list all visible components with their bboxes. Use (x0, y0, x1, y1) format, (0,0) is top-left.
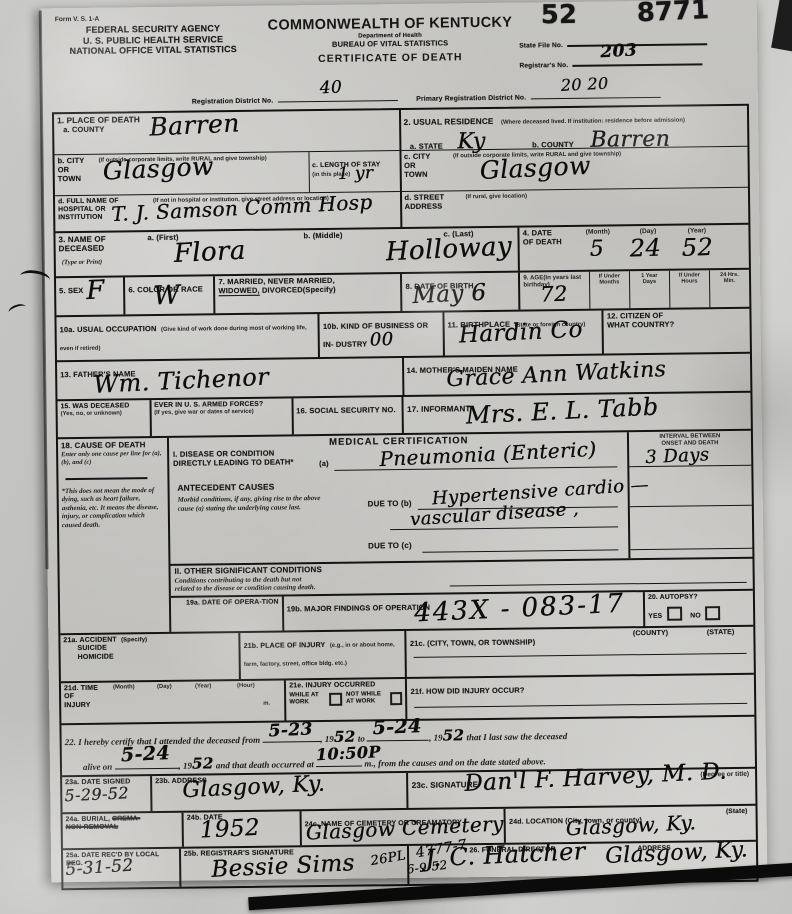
header-file-block: 52 8771 State File No. Registrar's No. 2… (519, 0, 751, 3)
bureau-title: BUREAU OF VITAL STATISTICS (259, 39, 521, 51)
certificate-grid: 1. PLACE OF DEATH a. COUNTY Barren b. CI… (52, 104, 758, 890)
autopsy-yes-label: YES (648, 613, 662, 620)
reg-district-blank: 40 (278, 92, 398, 102)
birth-date-cell: 8. DATE OF BIRTH May 6 (402, 273, 520, 311)
injury-occurred-label: 21e. INJURY OCCURRED (289, 681, 402, 691)
burial-location-state-label: (State) (726, 808, 748, 816)
age-col-hours: If Under Hours (669, 270, 709, 307)
certify-from-value: 5-23 (268, 719, 313, 741)
certify-to-value: 5-24 (372, 715, 422, 739)
county-value: Barren (148, 108, 240, 141)
length-of-stay-cell: c. LENGTH OF STAY (in this place) 1 yr (308, 151, 399, 192)
mother-value: Grace Ann Watkins (445, 357, 666, 392)
while-at-work-label: WHILE AT WORK (289, 692, 325, 707)
autopsy-no-label: NO (690, 612, 701, 619)
registrar-no-label: Registrar's No. (519, 62, 568, 70)
burial-cell: 24a. BURIAL, CREMA- NON-REMOVAL (63, 813, 185, 848)
time-of-injury-cell: 21d. TIME OF INJURY (Month) (Day) (Year)… (61, 680, 287, 723)
primary-district-blank: 20 20 (531, 89, 661, 100)
usual-residence-cell: 2. USUAL RESIDENCE (Where deceased lived… (400, 106, 748, 227)
date-recd-value: 5-31-52 (65, 856, 135, 880)
place-of-injury-cell: 21b. PLACE OF INJURY (e.g., in or about … (241, 631, 408, 679)
cemetery-value: Glasgow Cemetery (305, 811, 504, 844)
time-of-injury-label: 21d. TIME OF INJURY (64, 685, 100, 710)
dod-month-label: (Month) (586, 228, 610, 236)
name-title-note: (Type or Print) (62, 259, 103, 268)
commonwealth-title: COMMONWEALTH OF KENTUCKY (259, 15, 521, 34)
accident-title: 21a. ACCIDENT (63, 637, 117, 645)
birthplace-cell: 11. BIRTHPLACE (State or foreign country… (444, 311, 604, 356)
autopsy-no-checkbox (705, 606, 720, 620)
ssn-cell: 16. SOCIAL SECURITY NO. (293, 397, 404, 434)
burial-removal-struck: NON-REMOVAL (66, 823, 179, 832)
header-title-block: COMMONWEALTH OF KENTUCKY Department of H… (259, 15, 522, 66)
age-col-hours-bottom: Hours (670, 279, 709, 286)
residence-title: 2. USUAL RESIDENCE (404, 117, 494, 127)
burial-crema-struck: CREMA- (112, 815, 140, 822)
injury-county-label: (COUNTY) (633, 630, 669, 639)
ink-scribble-squiggle (7, 302, 27, 317)
ssn-label: 16. SOCIAL SECURITY NO. (296, 405, 396, 415)
signed-address-cell: 23b. ADDRESS Glasgow, Ky. (152, 773, 409, 811)
father-value: Wm. Tichenor (93, 363, 270, 399)
city-value: Glasgow (102, 151, 214, 185)
injury-city-line (414, 653, 747, 658)
date-of-death-title: 4. DATE OF DEATH (523, 229, 565, 247)
was-deceased-note: (Yes, no, or unknown) (61, 410, 147, 418)
state-file-blank (567, 34, 707, 47)
other-conditions-note2: related to the disease or condition caus… (175, 583, 316, 593)
sex-label: 5. SEX (59, 286, 83, 295)
certificate-title: CERTIFICATE OF DEATH (259, 50, 521, 65)
city-label: b. CITY OR TOWN (58, 157, 92, 184)
institution-value: T. J. Samson Comm Hosp (111, 190, 373, 226)
age-cell: 9. AGE(In years last birthday) 72 If Und… (520, 270, 749, 310)
age-col-min: 24 Hrs. Min. (709, 270, 749, 307)
registrar-no-value: 203 (600, 40, 638, 62)
primary-district-label: Primary Registration District No. (416, 94, 526, 102)
operation-findings-label: 19b. MAJOR FINDINGS OF OPERATION (287, 603, 431, 614)
signed-address-value: Glasgow, Ky. (182, 772, 326, 804)
age-col-months-bottom: Months (590, 280, 629, 287)
injury-occurred-cell: 21e. INJURY OCCURRED WHILE AT WORK NOT W… (286, 679, 408, 720)
industry-cell: 10b. KIND OF BUSINESS OR IN- DUSTRY 00 (320, 312, 445, 357)
not-while-at-work-label: NOT WHILE AT WORK (346, 691, 386, 706)
primary-district-value: 20 20 (560, 74, 609, 95)
date-of-death-cell: 4. DATE OF DEATH (Month) (Day) (Year) 5 … (520, 225, 749, 271)
dod-year-value: 52 (682, 233, 714, 262)
signature-cell: 23c. SIGNATURE (Degree or title) Dan'l F… (409, 769, 756, 808)
was-deceased-cell: 15. WAS DECEASED (Yes, no, or unknown) (57, 400, 151, 437)
birthplace-value: Hardin Co (458, 317, 583, 349)
street-note: (If rural, give location) (465, 193, 527, 201)
registrar-no-blank: 203 (573, 54, 703, 67)
interval-line-b (630, 505, 752, 507)
how-injury-label: 21f. HOW DID INJURY OCCUR? (410, 686, 524, 696)
cause-title: 18. CAUSE OF DEATH (61, 440, 164, 450)
race-value: W (153, 280, 182, 311)
age-value: 72 (540, 282, 569, 307)
injury-city-label: 21c. (CITY, TOWN, OR TOWNSHIP) (410, 637, 535, 648)
injury-hour-label: (Hour) (237, 683, 255, 690)
sex-cell: 5. SEX F (56, 277, 126, 315)
accident-note: (Specify) (121, 637, 147, 643)
burial-location-cell: 24d. LOCATION (City, town, or county) (S… (506, 806, 756, 843)
cemetery-cell: 24c. NAME OF CEMETERY OR CREAMATORY Glas… (302, 809, 507, 845)
death-certificate-scan: Form V. S. 1-A FEDERAL SECURITY AGENCY U… (0, 0, 792, 914)
agency-line3: NATIONAL OFFICE VITAL STATISTICS (55, 44, 251, 57)
injury-year-label: (Year) (195, 683, 211, 690)
date-signed-cell: 23a. DATE SIGNED 5-29-52 (62, 776, 152, 812)
disease-label-2: DIRECTLY LEADING TO DEATH* (173, 458, 294, 468)
informant-cell: 17. INFORMANT Mrs. E. L. Tabb (404, 393, 751, 433)
interval-column: INTERVAL BETWEEN ONSET AND DEATH 3 Days (627, 431, 753, 559)
morbid-note: Morbid conditions, if any, giving rise t… (178, 494, 328, 513)
med-cert-area: MEDICAL CERTIFICATION I. DISEASE OR COND… (169, 431, 753, 564)
residence-city-value: Glasgow (479, 151, 591, 185)
interval-line-a (629, 465, 751, 467)
certify-last-saw: that I last saw the deceased (466, 731, 567, 742)
cause-divider (65, 477, 147, 480)
industry-value: 00 (370, 329, 394, 351)
cause-of-death-left-cell: 18. CAUSE OF DEATH Enter only one cause … (58, 438, 171, 633)
due-c-line (422, 549, 618, 552)
injury-m-label: m. (263, 701, 270, 708)
date-signed-value: 5-29-52 (64, 783, 129, 805)
footer-stamp-line1: 26PL (369, 848, 407, 869)
certify-tail: m., from the causes and on the date stat… (364, 756, 546, 768)
state-file-label: State File No. (519, 42, 563, 50)
place-of-death-cell: 1. PLACE OF DEATH a. COUNTY Barren b. CI… (54, 110, 402, 231)
interval-line-c (630, 548, 752, 550)
citizen-label: 12. CITIZEN OF WHAT COUNTRY? (607, 312, 687, 331)
marital-widowed: WIDOWED, (218, 286, 259, 296)
antecedent-title: ANTECEDENT CAUSES (177, 483, 274, 494)
autopsy-label: 20. AUTOPSY? (648, 593, 750, 602)
funeral-director-address-value: Glasgow, Ky. (605, 837, 749, 869)
burial-location-value: Glasgow, Ky. (566, 810, 697, 840)
other-conditions-line (450, 582, 747, 587)
armed-forces-note: (If yes, give war or dates of service) (154, 408, 288, 416)
marital-rest: DIVORCED(Specify) (260, 285, 336, 295)
photo-corner-shadow (771, 0, 792, 51)
cause-enter-note: Enter only one cause per line for (a), (… (61, 450, 164, 468)
ink-scribble-arc (19, 268, 51, 287)
operation-date-cell: 19a. DATE OF OPERA-TION (171, 596, 284, 633)
residence-city-label: c. CITY OR TOWN (404, 153, 440, 180)
occupation-cell: 10a. USUAL OCCUPATION (Give kind of work… (56, 314, 320, 360)
date-recd-cell: 25a. DATE REC'D BY LOCAL REG. 5-31-52 (63, 849, 181, 888)
certify-alive-on: alive on (83, 762, 112, 772)
street-label: d. STREET ADDRESS (404, 193, 452, 211)
autopsy-yes-checkbox (667, 606, 682, 620)
informant-value: Mrs. E. L. Tabb (466, 393, 660, 430)
armed-forces-cell: EVER IN U. S. ARMED FORCES? (If yes, giv… (151, 398, 293, 436)
burial-date-value: 1952 (199, 815, 260, 844)
birth-value: May 6 (412, 280, 487, 309)
first-name-value: Flora (173, 236, 246, 269)
city-cell: b. CITY OR TOWN (If outside corporate li… (54, 152, 308, 195)
certify-y2: 52 (442, 726, 464, 744)
certify-19c: , 19 (178, 761, 192, 771)
operation-date-label: 19a. DATE OF OPERA-TION (174, 599, 279, 608)
stamp-8771: 8771 (636, 0, 710, 28)
how-injury-line (415, 703, 748, 708)
medical-certification-cell: MEDICAL CERTIFICATION I. DISEASE OR COND… (169, 431, 753, 632)
certify-alive-blank: 5-24 (114, 759, 178, 770)
certify-time-blank: 10:50P (316, 757, 362, 768)
certify-19a: , 19 (320, 734, 334, 744)
injury-day-label: (Day) (157, 684, 172, 691)
due-to-c-label: DUE TO (c) (368, 541, 412, 551)
certify-alive-value: 5-24 (120, 742, 170, 766)
injury-state-label: (STATE) (707, 629, 735, 638)
certificate-sheet: Form V. S. 1-A FEDERAL SECURITY AGENCY U… (41, 0, 768, 882)
race-cell: 6. COLOR OR RACE W (125, 276, 216, 314)
form-number: Form V. S. 1-A (55, 14, 251, 23)
reg-district-value: 40 (319, 77, 342, 98)
age-col-min-bottom: Min. (710, 278, 749, 285)
reg-district-label: Registration District No. (192, 98, 274, 106)
citizen-cell: 12. CITIZEN OF WHAT COUNTRY? (604, 309, 750, 354)
middle-name-label: b. (Middle) (303, 232, 342, 241)
age-col-months: If Under Months (589, 271, 629, 308)
dod-day-value: 24 (630, 234, 662, 263)
certify-19b: , 19 (429, 733, 443, 743)
not-while-at-work-checkbox (390, 692, 403, 705)
burial-label: 24a. BURIAL, (66, 816, 111, 824)
burial-date-cell: 24b. DATE 1952 (184, 811, 302, 846)
due-to-b-label: DUE TO (b) (368, 499, 412, 509)
marital-cell: 7. MARRIED, NEVER MARRIED, WIDOWED, DIVO… (215, 274, 403, 313)
disease-a-label: (a) (319, 460, 329, 469)
age-col-days: 1 Year Days (629, 271, 669, 308)
homicide-title: HOMICIDE (78, 652, 236, 662)
certify-and-death: and that death occurred at (216, 759, 314, 770)
informant-label: 17. INFORMANT (407, 404, 470, 414)
operation-findings-value: 443X - 083-17 (413, 589, 625, 629)
last-name-value: Holloway (385, 231, 513, 267)
stay-value: 1 yr (337, 163, 373, 184)
registrar-signature-value: Bessie Sims (210, 850, 355, 883)
certify-time-value: 10:50P (316, 742, 382, 764)
stamp-52: 52 (541, 0, 578, 30)
cause-footnote: *This does not mean the mode of dying, s… (62, 487, 165, 531)
injury-month-label: (Month) (113, 684, 135, 691)
accident-cell: 21a. ACCIDENT (Specify) SUICIDE HOMICIDE (60, 633, 241, 681)
name-of-deceased-cell: 3. NAME OF DECEASED (Type or Print) a. (… (55, 228, 520, 277)
how-injury-cell: 21f. HOW DID INJURY OCCUR? (407, 675, 754, 719)
certify-y3: 52 (192, 754, 214, 772)
autopsy-cell: 20. AUTOPSY? YES NO (643, 591, 753, 628)
dod-month-value: 5 (590, 236, 605, 261)
injury-city-cell: 21c. (CITY, TOWN, OR TOWNSHIP) (COUNTY) … (407, 627, 754, 677)
certify-to-blank: 5-24 (367, 731, 429, 742)
place-of-injury-label: 21b. PLACE OF INJURY (244, 642, 326, 650)
header-agency-block: Form V. S. 1-A FEDERAL SECURITY AGENCY U… (55, 14, 251, 57)
certify-from-blank: 5-23 (262, 732, 320, 743)
residence-title-note: (Where deceased lived. If institution: r… (501, 118, 685, 126)
age-col-days-bottom: Days (630, 279, 669, 286)
while-at-work-checkbox (329, 693, 342, 706)
mother-cell: 14. MOTHER'S MAIDEN NAME Grace Ann Watki… (403, 354, 750, 395)
father-cell: 13. FATHER'S NAME Wm. Tichenor (57, 358, 404, 399)
sex-value: F (85, 275, 105, 306)
operation-findings-cell: 19b. MAJOR FINDINGS OF OPERATION 443X - … (284, 592, 644, 632)
occupation-label: 10a. USUAL OCCUPATION (60, 324, 157, 334)
name-title: 3. NAME OF DECEASED (58, 234, 138, 254)
disease-a-line (334, 466, 617, 470)
